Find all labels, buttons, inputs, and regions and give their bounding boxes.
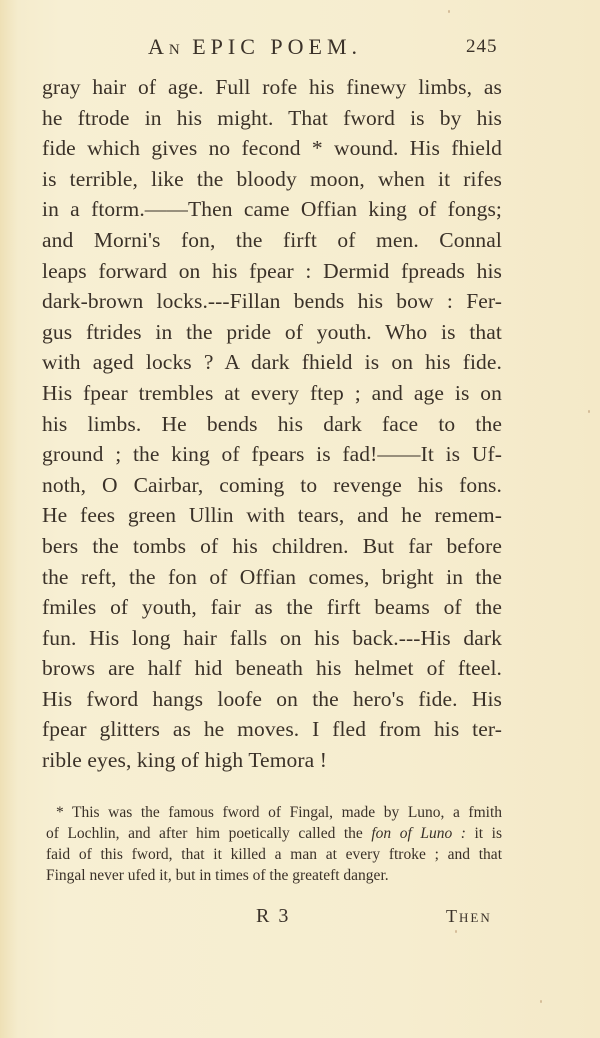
text-line: in a ftorm.——Then came Offian king of fo… bbox=[42, 194, 502, 225]
footnote-line: * This was the famous fword of Fingal, m… bbox=[46, 802, 502, 823]
running-title: AN EPIC POEM. bbox=[148, 34, 362, 60]
paper-fleck bbox=[588, 410, 590, 413]
text-line: dark-brown locks.---Fillan bends his bow… bbox=[42, 286, 502, 317]
footnote-line: faid of this fword, that it killed a man… bbox=[46, 844, 502, 865]
text-line: His fpear trembles at every ftep ; and a… bbox=[42, 378, 502, 409]
text-line: brows are half hid beneath his helmet of… bbox=[42, 653, 502, 684]
paper-fleck bbox=[540, 1000, 542, 1003]
text-line: rible eyes, king of high Temora ! bbox=[42, 745, 502, 776]
paper-fleck bbox=[455, 930, 457, 933]
text-line: he ftrode in his might. That fword is by… bbox=[42, 103, 502, 134]
page-number: 245 bbox=[466, 36, 498, 58]
text-line: gray hair of age. Full rofe his finewy l… bbox=[42, 72, 502, 103]
footnote-text: it is bbox=[466, 825, 502, 842]
text-line: fun. His long hair falls on his back.---… bbox=[42, 623, 502, 654]
text-line: noth, O Cairbar, coming to revenge his f… bbox=[42, 470, 502, 501]
text-line: fide which gives no fecond * wound. His … bbox=[42, 133, 502, 164]
footnote-line: Fingal never ufed it, but in times of th… bbox=[46, 865, 502, 886]
text-line: leaps forward on his fpear : Dermid fpre… bbox=[42, 256, 502, 287]
text-line: He fees green Ullin with tears, and he r… bbox=[42, 500, 502, 531]
running-title-rest: EPIC POEM. bbox=[192, 34, 362, 59]
text-line: with aged locks ? A dark fhield is on hi… bbox=[42, 347, 502, 378]
text-line: His fword hangs loofe on the hero's fide… bbox=[42, 684, 502, 715]
text-line: fpear glitters as he moves. I fled from … bbox=[42, 714, 502, 745]
text-line: gus ftrides in the pride of youth. Who i… bbox=[42, 317, 502, 348]
running-head: AN EPIC POEM. 245 bbox=[40, 34, 500, 64]
text-line: fmiles of youth, fair as the firft beams… bbox=[42, 592, 502, 623]
running-title-small-caps: N bbox=[169, 42, 182, 58]
text-line: the reft, the fon of Offian comes, brigh… bbox=[42, 562, 502, 593]
footnote-text: of Lochlin, and after him poetically cal… bbox=[46, 825, 371, 842]
signature-mark: R 3 bbox=[256, 905, 290, 928]
catchword-initial: T bbox=[446, 906, 459, 926]
paper-fleck bbox=[448, 10, 450, 13]
text-line: his limbs. He bends his dark face to the bbox=[42, 409, 502, 440]
body-text: gray hair of age. Full rofe his finewy l… bbox=[42, 72, 502, 776]
catchword: THEN bbox=[446, 906, 492, 927]
catchword-small-caps: HEN bbox=[459, 910, 492, 925]
footnote: * This was the famous fword of Fingal, m… bbox=[46, 802, 502, 886]
book-page: AN EPIC POEM. 245 gray hair of age. Full… bbox=[0, 0, 600, 1038]
text-line: is terrible, like the bloody moon, when … bbox=[42, 164, 502, 195]
running-title-initial: A bbox=[148, 34, 169, 59]
text-line: and Morni's fon, the firft of men. Conna… bbox=[42, 225, 502, 256]
text-line: ground ; the king of fpears is fad!——It … bbox=[42, 439, 502, 470]
footnote-italic-text: fon of Luno : bbox=[371, 825, 466, 842]
footnote-line: of Lochlin, and after him poetically cal… bbox=[46, 823, 502, 844]
text-line: bers the tombs of his children. But far … bbox=[42, 531, 502, 562]
